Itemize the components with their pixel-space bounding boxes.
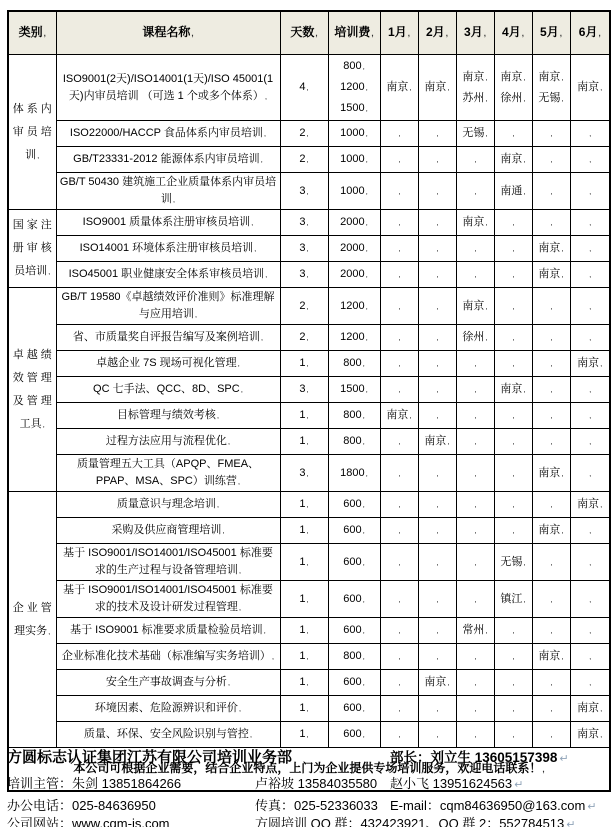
month-cell [380, 210, 418, 236]
fee-line: 600 [332, 494, 377, 515]
month-cell [456, 581, 494, 618]
fee-cell: 80012001500 [328, 55, 380, 121]
empty-cell-mark [435, 383, 438, 395]
days-value: 2 [299, 300, 308, 312]
course-name: 基于 ISO9001/ISO14001/ISO45001 标准要求的技术及设计研… [63, 584, 273, 613]
category-line: 员培训 [12, 260, 53, 283]
table-row: GB/T 50430 建筑施工企业质量体系内审员培训31000南通 [8, 173, 610, 210]
fee-value: 1200 [340, 331, 368, 343]
header-label: 3月 [464, 25, 486, 39]
month-cell [456, 377, 494, 403]
course-cell: GB/T 19580《卓越绩效评价准则》标准理解与应用培训 [56, 288, 280, 325]
header-cell: 天数 [280, 11, 328, 55]
empty-cell-mark [435, 153, 438, 165]
days-value: 2 [299, 153, 308, 165]
course-name: ISO22000/HACCP 食品体系内审员培训 [70, 127, 266, 139]
month-cell [456, 236, 494, 262]
month-cell [380, 618, 418, 644]
empty-cell-mark [473, 383, 476, 395]
month-cell: 南京 [532, 455, 570, 492]
fee-value: 800 [343, 409, 365, 421]
fee-cell: 600 [328, 722, 380, 748]
course-name: 质量意识与理念培训 [117, 498, 219, 510]
city-label: 徐州 [460, 327, 491, 348]
empty-cell-mark [588, 524, 591, 536]
month-cell [380, 581, 418, 618]
empty-cell-mark [473, 242, 476, 254]
fee-cell: 600 [328, 544, 380, 581]
header-cell: 2月 [418, 11, 456, 55]
month-cell [418, 210, 456, 236]
category-label: 体 系 内 [13, 103, 52, 115]
category-line: 工具 [12, 413, 53, 436]
month-cell [456, 351, 494, 377]
course-cell: 质量管理五大工具（APQP、FMEA、PPAP、MSA、SPC）训练营 [56, 455, 280, 492]
month-cell: 徐州 [456, 325, 494, 351]
fee-line: 1200 [332, 77, 377, 98]
days-cell: 1 [280, 618, 328, 644]
month-cell [494, 288, 532, 325]
course-cell: 采购及供应商管理培训 [56, 518, 280, 544]
header-label: 4月 [502, 25, 524, 39]
fee-value: 1200 [340, 81, 368, 93]
month-cell [494, 492, 532, 518]
month-cell [380, 544, 418, 581]
course-cell: 基于 ISO9001 标准要求质量检验员培训 [56, 618, 280, 644]
month-cell [570, 121, 610, 147]
category-label: 及 管 理 [13, 395, 52, 407]
days-value: 3 [299, 216, 308, 228]
empty-cell-mark [511, 524, 514, 536]
category-label: 训 [25, 149, 39, 161]
empty-cell-mark [511, 409, 514, 421]
empty-cell-mark [588, 127, 591, 139]
month-cell [570, 236, 610, 262]
month-cell [570, 618, 610, 644]
table-row: 采购及供应商管理培训1600南京 [8, 518, 610, 544]
days-cell: 4 [280, 55, 328, 121]
empty-cell-mark [397, 331, 400, 343]
empty-cell-mark [588, 300, 591, 312]
course-name: 基于 ISO9001/ISO14001/ISO45001 标准要求的生产过程与设… [63, 547, 273, 576]
category-line: 国 家 注 [12, 214, 53, 237]
month-cell [570, 670, 610, 696]
course-name: 环境因素、危险源辨识和评价 [95, 702, 241, 714]
category-line: 理实务 [12, 620, 53, 643]
empty-cell-mark [435, 650, 438, 662]
fee-line: 1000 [332, 123, 377, 144]
empty-cell-mark [549, 185, 552, 197]
empty-cell-mark [435, 331, 438, 343]
empty-cell-mark [435, 242, 438, 254]
month-cell [380, 288, 418, 325]
days-value: 1 [299, 435, 308, 447]
course-name: GB/T23331-2012 能源体系内审员培训 [73, 153, 263, 165]
course-name: 过程方法应用与流程优化 [106, 435, 230, 447]
city-label: 南京 [574, 77, 607, 98]
fee-line: 800 [332, 56, 377, 77]
empty-cell-mark [511, 702, 514, 714]
header-cell: 4月 [494, 11, 532, 55]
city-label: 南京 [574, 698, 607, 719]
month-cell: 南京 [532, 644, 570, 670]
course-cell: 基于 ISO9001/ISO14001/ISO45001 标准要求的技术及设计研… [56, 581, 280, 618]
fee-value: 600 [343, 676, 365, 688]
month-cell: 南京苏州 [456, 55, 494, 121]
empty-cell-mark [435, 185, 438, 197]
table-row: 质量管理五大工具（APQP、FMEA、PPAP、MSA、SPC）训练营31800… [8, 455, 610, 492]
fee-cell: 1000 [328, 121, 380, 147]
month-cell: 南京徐州 [494, 55, 532, 121]
month-cell: 南京 [418, 670, 456, 696]
category-label: 审 员 培 [13, 126, 52, 138]
days-value: 1 [299, 676, 308, 688]
empty-cell-mark [473, 435, 476, 447]
fee-value: 1000 [340, 185, 368, 197]
fee-cell: 2000 [328, 236, 380, 262]
month-cell: 南京 [380, 403, 418, 429]
fee-cell: 2000 [328, 210, 380, 236]
empty-cell-mark [549, 556, 552, 568]
course-cell: 质量、环保、安全风险识别与管控 [56, 722, 280, 748]
month-cell [456, 403, 494, 429]
month-cell [532, 581, 570, 618]
course-cell: ISO14001 环境体系注册审核员培训 [56, 236, 280, 262]
course-cell: 卓越企业 7S 现场可视化管理 [56, 351, 280, 377]
month-cell [532, 429, 570, 455]
city-label: 南京 [536, 463, 567, 484]
fee-cell: 1000 [328, 173, 380, 210]
days-value: 3 [299, 268, 308, 280]
category-cell: 企 业 管理实务 [8, 492, 56, 748]
month-cell [418, 722, 456, 748]
fee-line: 2000 [332, 212, 377, 233]
month-cell [418, 262, 456, 288]
month-cell [418, 377, 456, 403]
fee-value: 800 [343, 60, 365, 72]
empty-cell-mark [511, 498, 514, 510]
fee-cell: 1800 [328, 455, 380, 492]
empty-cell-mark [588, 650, 591, 662]
header-label: 5月 [540, 25, 562, 39]
course-name: 目标管理与绩效考核 [117, 409, 219, 421]
table-row: 质量、环保、安全风险识别与管控1600南京 [8, 722, 610, 748]
month-cell [380, 455, 418, 492]
empty-cell-mark [435, 409, 438, 421]
month-cell [380, 518, 418, 544]
month-cell [532, 403, 570, 429]
month-cell: 南京 [456, 210, 494, 236]
table-row: 过程方法应用与流程优化1800南京 [8, 429, 610, 455]
empty-cell-mark [511, 435, 514, 447]
empty-cell-mark [397, 467, 400, 479]
category-line: 及 管 理 [12, 390, 53, 413]
category-line: 体 系 内 [12, 98, 53, 121]
empty-cell-mark [549, 153, 552, 165]
month-cell [456, 262, 494, 288]
days-value: 1 [299, 624, 308, 636]
table-row: 环境因素、危险源辨识和评价1600南京 [8, 696, 610, 722]
course-cell: GB/T 50430 建筑施工企业质量体系内审员培训 [56, 173, 280, 210]
month-cell [494, 429, 532, 455]
fee-line: 600 [332, 589, 377, 610]
month-cell [456, 455, 494, 492]
empty-cell-mark [397, 127, 400, 139]
city-label: 南京 [536, 646, 567, 667]
empty-cell-mark [473, 650, 476, 662]
course-cell: ISO45001 职业健康安全体系审核员培训 [56, 262, 280, 288]
month-cell [380, 147, 418, 173]
month-cell [494, 403, 532, 429]
empty-cell-mark [397, 498, 400, 510]
month-cell [380, 429, 418, 455]
month-cell [570, 262, 610, 288]
month-cell [418, 518, 456, 544]
days-value: 3 [299, 185, 308, 197]
month-cell [456, 429, 494, 455]
empty-cell-mark [549, 702, 552, 714]
footer-note-cell: 本公司可根据企业需要，结合企业特点，上门为企业提供专场培训服务，欢迎电话联系！ [8, 748, 610, 792]
qq-groups: 方圆培训 QQ 群：432423921、QQ 群 2：552784513 [255, 813, 575, 827]
empty-cell-mark [397, 300, 400, 312]
days-cell: 1 [280, 351, 328, 377]
month-cell: 南京 [532, 262, 570, 288]
table-row: 基于 ISO9001/ISO14001/ISO45001 标准要求的生产过程与设… [8, 544, 610, 581]
empty-cell-mark [397, 216, 400, 228]
month-cell [418, 325, 456, 351]
month-cell [570, 544, 610, 581]
empty-cell-mark [435, 127, 438, 139]
city-label: 南京 [460, 212, 491, 233]
table-row: ISO45001 职业健康安全体系审核员培训32000南京 [8, 262, 610, 288]
course-cell: 过程方法应用与流程优化 [56, 429, 280, 455]
fee-line: 2000 [332, 264, 377, 285]
month-cell [532, 544, 570, 581]
city-label: 南京 [536, 264, 567, 285]
empty-cell-mark [588, 593, 591, 605]
month-cell [456, 696, 494, 722]
fax-number: 传真：025-52336033 [255, 795, 378, 814]
table-row: ISO14001 环境体系注册审核员培训32000南京 [8, 236, 610, 262]
fee-cell: 1500 [328, 377, 380, 403]
category-line: 卓 越 绩 [12, 344, 53, 367]
empty-cell-mark [588, 185, 591, 197]
empty-cell-mark [588, 242, 591, 254]
days-value: 1 [299, 498, 308, 510]
fee-line: 600 [332, 520, 377, 541]
days-cell: 3 [280, 377, 328, 403]
empty-cell-mark [511, 676, 514, 688]
fee-cell: 1200 [328, 325, 380, 351]
category-cell: 卓 越 绩效 管 理及 管 理工具 [8, 288, 56, 492]
fee-cell: 800 [328, 644, 380, 670]
month-cell [380, 236, 418, 262]
month-cell [456, 544, 494, 581]
empty-cell-mark [511, 331, 514, 343]
month-cell [456, 147, 494, 173]
course-name: ISO14001 环境体系注册审核员培训 [80, 242, 257, 254]
month-cell [570, 455, 610, 492]
month-cell [570, 518, 610, 544]
city-label: 南京 [384, 77, 415, 98]
month-cell [532, 325, 570, 351]
empty-cell-mark [511, 242, 514, 254]
month-cell [418, 147, 456, 173]
empty-cell-mark [397, 728, 400, 740]
empty-cell-mark [473, 409, 476, 421]
table-row: 体 系 内审 员 培训ISO9001(2天)/ISO14001(1天)/ISO … [8, 55, 610, 121]
empty-cell-mark [549, 357, 552, 369]
month-cell [532, 696, 570, 722]
empty-cell-mark [435, 498, 438, 510]
month-cell [380, 644, 418, 670]
empty-cell-mark [473, 498, 476, 510]
days-value: 3 [299, 383, 308, 395]
days-cell: 3 [280, 210, 328, 236]
course-cell: 基于 ISO9001/ISO14001/ISO45001 标准要求的生产过程与设… [56, 544, 280, 581]
course-name: ISO9001(2天)/ISO14001(1天)/ISO 45001(1天)内审… [63, 73, 273, 102]
empty-cell-mark [511, 216, 514, 228]
category-line: 审 员 培 [12, 121, 53, 144]
month-cell: 南京无锡 [532, 55, 570, 121]
footer-note: 本公司可根据企业需要，结合企业特点，上门为企业提供专场培训服务，欢迎电话联系！ [73, 761, 544, 775]
empty-cell-mark [397, 624, 400, 636]
empty-cell-mark [511, 300, 514, 312]
course-cell: 质量意识与理念培训 [56, 492, 280, 518]
month-cell [380, 121, 418, 147]
city-label: 南京 [574, 724, 607, 745]
month-cell [494, 325, 532, 351]
empty-cell-mark [473, 702, 476, 714]
header-label: 天数 [290, 25, 317, 39]
city-label: 南京 [536, 67, 567, 88]
month-cell [532, 722, 570, 748]
empty-cell-mark [435, 728, 438, 740]
month-cell: 南京 [494, 147, 532, 173]
city-label: 无锡 [536, 88, 567, 109]
empty-cell-mark [397, 435, 400, 447]
course-cell: 省、市质量奖自评报告编写及案例培训 [56, 325, 280, 351]
month-cell [418, 288, 456, 325]
month-cell [532, 351, 570, 377]
header-row: 类别课程名称天数培训费1月2月3月4月5月6月 [8, 11, 610, 55]
city-label: 常州 [460, 620, 491, 641]
fee-value: 600 [343, 728, 365, 740]
fee-value: 600 [343, 624, 365, 636]
fee-value: 600 [343, 702, 365, 714]
month-cell [570, 403, 610, 429]
month-cell [418, 644, 456, 670]
course-cell: 安全生产事故调查与分析 [56, 670, 280, 696]
table-row: 国 家 注册 审 核员培训ISO9001 质量体系注册审核员培训32000南京 [8, 210, 610, 236]
city-label: 苏州 [460, 88, 491, 109]
days-value: 4 [299, 81, 308, 93]
header-cell: 类别 [8, 11, 56, 55]
course-name: 基于 ISO9001 标准要求质量检验员培训 [70, 624, 266, 636]
empty-cell-mark [473, 524, 476, 536]
empty-cell-mark [397, 383, 400, 395]
days-cell: 1 [280, 492, 328, 518]
fee-line: 800 [332, 353, 377, 374]
city-label: 南京 [422, 77, 453, 98]
days-value: 3 [299, 242, 308, 254]
category-label: 工具 [20, 418, 45, 430]
table-row: 卓越企业 7S 现场可视化管理1800南京 [8, 351, 610, 377]
empty-cell-mark [549, 624, 552, 636]
days-cell: 1 [280, 644, 328, 670]
days-cell: 2 [280, 121, 328, 147]
month-cell: 常州 [456, 618, 494, 644]
empty-cell-mark [511, 728, 514, 740]
days-value: 2 [299, 127, 308, 139]
empty-cell-mark [588, 676, 591, 688]
month-cell: 镇江 [494, 581, 532, 618]
month-cell [418, 403, 456, 429]
header-label: 2月 [426, 25, 448, 39]
fee-value: 1800 [340, 467, 368, 479]
fee-value: 1000 [340, 127, 368, 139]
course-name: 质量、环保、安全风险识别与管控 [84, 728, 252, 740]
empty-cell-mark [549, 127, 552, 139]
empty-cell-mark [435, 702, 438, 714]
month-cell [494, 722, 532, 748]
month-cell [532, 618, 570, 644]
month-cell: 南京 [570, 351, 610, 377]
fee-line: 1200 [332, 327, 377, 348]
office-phone: 办公电话：025-84636950 [7, 795, 156, 814]
fee-cell: 800 [328, 429, 380, 455]
empty-cell-mark [435, 216, 438, 228]
course-cell: ISO9001 质量体系注册审核员培训 [56, 210, 280, 236]
empty-cell-mark [511, 467, 514, 479]
city-label: 南京 [498, 379, 529, 400]
header-label: 培训费 [334, 25, 373, 39]
fee-line: 600 [332, 724, 377, 745]
days-value: 1 [299, 409, 308, 421]
table-row: GB/T23331-2012 能源体系内审员培训21000南京 [8, 147, 610, 173]
city-label: 南京 [384, 405, 415, 426]
category-line: 册 审 核 [12, 237, 53, 260]
empty-cell-mark [549, 216, 552, 228]
days-cell: 2 [280, 288, 328, 325]
table-row: 省、市质量奖自评报告编写及案例培训21200徐州 [8, 325, 610, 351]
month-cell: 南京 [380, 55, 418, 121]
header-cell: 1月 [380, 11, 418, 55]
days-value: 1 [299, 650, 308, 662]
month-cell: 南京 [570, 492, 610, 518]
empty-cell-mark [397, 676, 400, 688]
training-schedule-table: 类别课程名称天数培训费1月2月3月4月5月6月 体 系 内审 员 培训ISO90… [7, 10, 611, 792]
days-cell: 3 [280, 262, 328, 288]
empty-cell-mark [588, 624, 591, 636]
empty-cell-mark [435, 300, 438, 312]
header-label: 6月 [579, 25, 601, 39]
month-cell [532, 147, 570, 173]
empty-cell-mark [473, 268, 476, 280]
fee-line: 1500 [332, 98, 377, 119]
city-label: 镇江 [498, 589, 529, 610]
month-cell [570, 288, 610, 325]
course-name: 卓越企业 7S 现场可视化管理 [96, 357, 240, 369]
fee-line: 800 [332, 431, 377, 452]
days-cell: 1 [280, 518, 328, 544]
month-cell [494, 121, 532, 147]
empty-cell-mark [511, 357, 514, 369]
fee-value: 800 [343, 435, 365, 447]
month-cell [418, 455, 456, 492]
table-row: 企业标准化技术基础（标准编写实务培训）1800南京 [8, 644, 610, 670]
empty-cell-mark [549, 300, 552, 312]
